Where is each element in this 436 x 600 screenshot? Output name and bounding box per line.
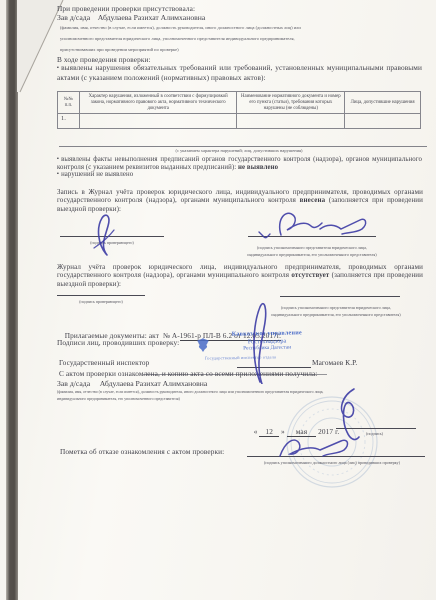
cell-number: 1. xyxy=(58,114,80,129)
coat-of-arms-icon xyxy=(196,337,210,353)
scan-artifact-line xyxy=(143,374,327,375)
acknowledgement-person: Зав д/сада Абдулаева Разихат Алимхановна xyxy=(57,379,207,388)
table-caption: (с указанием характера нарушений; лиц, д… xyxy=(57,148,421,154)
signature-ink-refusal xyxy=(275,428,355,462)
acknowledgement-fineprint-2: индивидуального предпринимателя, его упо… xyxy=(57,396,425,403)
bullet-icon: ▪ xyxy=(57,170,59,179)
table-row: 1. xyxy=(58,114,421,129)
signatures-heading: Подписи лиц, проводивших проверку: xyxy=(57,338,179,347)
signature-line-representative-2 xyxy=(280,296,400,297)
col-persons: Лица, допустившие нарушения xyxy=(345,92,421,114)
entered-bold: внесена xyxy=(300,196,326,204)
journal-absent-paragraph: Журнал учёта проверок юридического лица,… xyxy=(57,263,423,288)
representative-label-2b: индивидуального предпринимателя, его упо… xyxy=(252,312,420,319)
col-normative-document: Наименование нормативного документа и но… xyxy=(237,92,345,114)
representative-label-1a: (подпись уполномоченного представителя ю… xyxy=(236,245,388,252)
violations-bullet: ▪выявлены нарушения обязательных требова… xyxy=(57,63,422,82)
no-violations-bullet: ▪нарушений не выявлено xyxy=(57,170,133,179)
bullet-icon: ▪ xyxy=(57,155,59,163)
absent-bold: отсутствует xyxy=(291,271,329,279)
fill-in-line xyxy=(59,146,427,147)
signature-line-checker-2 xyxy=(57,295,145,296)
col-number: №№ п.п. xyxy=(58,92,80,114)
signature-ink-checker xyxy=(84,212,118,256)
cell-persons xyxy=(345,114,421,129)
cell-violation-character xyxy=(79,114,237,129)
signature-ink-stamp xyxy=(242,298,268,384)
representative-label-1b: индивидуального предпринимателя, его упо… xyxy=(236,252,388,259)
violations-table-wrap: №№ п.п. Характер нарушения, изложенный в… xyxy=(57,91,421,129)
checker-signature-label-2: (подпись проверяющего) xyxy=(57,299,145,306)
presence-intro: При проведении проверки присутствовала: xyxy=(57,4,195,13)
presence-fineprint-2: уполномоченного представителя юридическо… xyxy=(60,36,295,42)
cell-normative-document xyxy=(237,114,345,129)
acknowledgement-fineprint-1: (фамилия, имя, отчество (в случае, если … xyxy=(57,389,425,396)
presence-fineprint-3: присутствовавших при проведении мероприя… xyxy=(60,47,179,53)
presence-fineprint-1: (фамилия, имя, отчество (в случае, если … xyxy=(60,25,301,31)
no-violations-text: нарушений не выявлено xyxy=(61,171,133,178)
stamp-line-4: Государственный инспектор отдела xyxy=(158,354,323,362)
date-signature-label: (подпись) xyxy=(366,431,383,438)
col-violation-character: Характер нарушения, изложенный в соответ… xyxy=(79,92,237,114)
not-found-bold: не выявлено xyxy=(238,164,278,171)
violations-table: №№ п.п. Характер нарушения, изложенный в… xyxy=(57,91,421,129)
scanned-document-page: При проведении проверки присутствовала: … xyxy=(0,0,436,600)
violations-bullet-text: выявлены нарушения обязательных требован… xyxy=(57,63,422,82)
signature-ink-representative xyxy=(254,206,370,240)
presence-person: Зав д/сада Абдулаева Разихат Алимхановна xyxy=(57,13,205,22)
table-header-row: №№ п.п. Характер нарушения, изложенный в… xyxy=(58,92,421,114)
inspector-name: Магомаев К.Р. xyxy=(312,358,357,367)
bullet-icon: ▪ xyxy=(57,64,59,73)
refusal-note-line: Пометка об отказе ознакомления с актом п… xyxy=(60,447,224,456)
quote-open: « xyxy=(254,427,258,436)
representative-label-2a: (подпись уполномоченного представителя ю… xyxy=(252,305,420,312)
inspector-title: Государственный инспектор xyxy=(59,358,149,367)
